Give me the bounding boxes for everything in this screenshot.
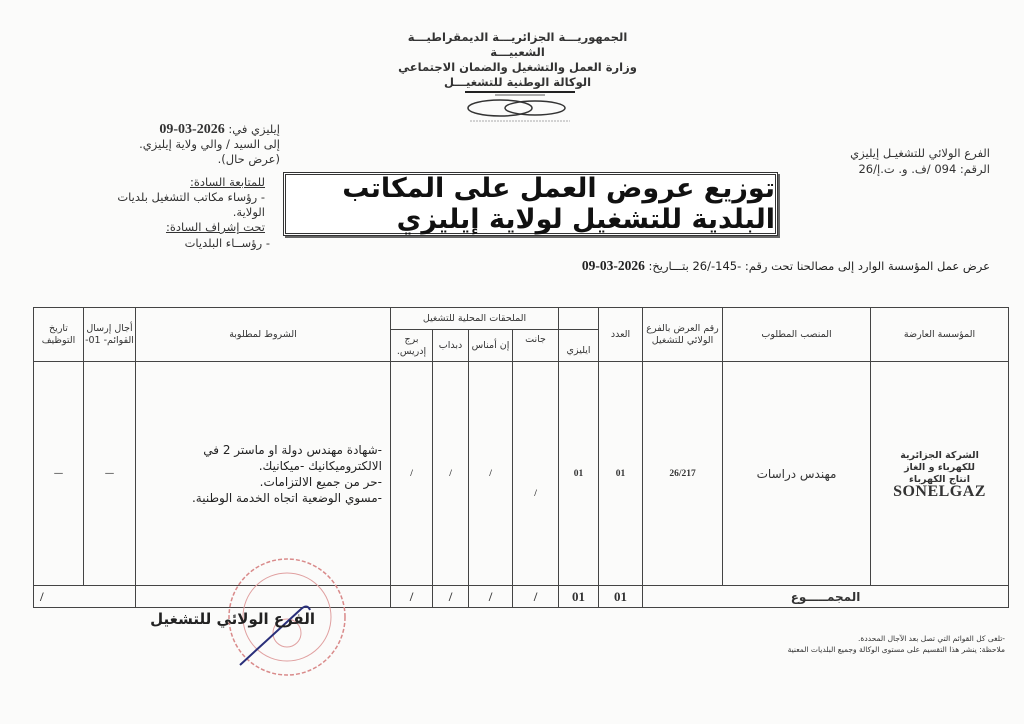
header-offer-number: رقم العرض بالفرع الولائي للتشغيل [643,308,723,362]
total-tail: / [34,586,136,608]
header-conditions: الشروط لمطلوبة [136,308,391,362]
total-illizi: 01 [559,586,599,608]
follow-block: للمتابعة السادة: - رؤساء مكاتب التشغيل ب… [115,175,265,235]
header-hiring-date: تاريخ التوظيف [34,308,84,362]
place-date-prefix: إيليزي في: [228,122,280,136]
company-latin-name: SONELGAZ [871,486,1008,498]
debdeb-cell: / [433,362,469,586]
ministry-name: وزارة العمل والتشغيل والضمان الاجتماعي [380,60,655,75]
branch-name: الفرع الولائي للتشغيـل إيليزي [790,145,990,161]
document-date: 2026-03-09 [159,122,224,137]
hiring-date-cell: — [34,362,84,586]
note-line-1: -تلغى كل القوائم التي تصل بعد الآجال الم… [760,633,1005,644]
header-janet: جانت [513,330,559,362]
offer-date: 2026-03-09 [582,258,645,273]
header-count: العدد [599,308,643,362]
header-position: المنصب المطلوب [723,308,871,362]
table-row: الشركة الجزائرية للكهرباء و الغاز انتاج … [34,362,1009,586]
header-blank [559,308,599,330]
total-label: المجمـــــوع [643,586,1009,608]
total-bordj: / [391,586,433,608]
bordj-cell: / [391,362,433,586]
header-annexes: الملحقات المحلية للتشغيل [391,308,559,330]
illizi-cell: 01 [559,362,599,586]
janet-cell: / [513,362,559,586]
follow-label: للمتابعة السادة: [115,175,265,190]
addressee: إلى السيد / والي ولاية إيليزي. (عرض حال)… [120,137,280,167]
offer-line-text: عرض عمل المؤسسة الوارد إلى مصالحنا تحت ر… [648,259,990,273]
republic-name: الجمهوريـــة الجزائريـــة الديمقراطيـــة… [380,30,655,60]
signature-branch: الفرع الولائي للتشغيل [145,610,315,628]
header-deadline: أجال إرسال القوائم- 01- [84,308,136,362]
document-title: توزيع عروض العمل على المكاتب البلدية للت… [286,173,775,235]
supervision-label: تحت إشراف السادة: [115,220,265,235]
reference-number: الرقم: 094 /ف. و. ت.إ/26 [790,161,990,177]
supervision-item: - رؤســاء البلديات [170,236,270,250]
branch-block: الفرع الولائي للتشغيـل إيليزي الرقم: 094… [790,145,990,177]
count-cell: 01 [599,362,643,586]
notes-block: -تلغى كل القوائم التي تصل بعد الآجال الم… [760,633,1005,655]
conditions-cell: -شهادة مهندس دولة او ماستر 2 في الالكترو… [136,362,391,586]
agency-logo-icon [455,88,585,128]
header-company: المؤسسة العارضة [871,308,1009,362]
document-title-box: توزيع عروض العمل على المكاتب البلدية للت… [283,172,778,236]
date-block: إيليزي في: 2026-03-09 إلى السيد / والي و… [120,122,280,167]
in-amenas-cell: / [469,362,513,586]
header-bordj-idriss: برج إدريس. [391,330,433,362]
total-janet: / [513,586,559,608]
offer-number-cell: 26/217 [643,362,723,586]
note-line-2: ملاحظة: ينشر هذا التقسيم على مستوى الوكا… [760,644,1005,655]
header-in-amenas: إن أمناس [469,330,513,362]
letterhead: الجمهوريـــة الجزائريـــة الديمقراطيـــة… [380,30,655,90]
follow-item: - رؤساء مكاتب التشغيل بلديات الولاية. [115,190,265,220]
deadline-cell: — [84,362,136,586]
offers-table: المؤسسة العارضة المنصب المطلوب رقم العرض… [33,307,1009,608]
total-in-amenas: / [469,586,513,608]
company-cell: الشركة الجزائرية للكهرباء و الغاز انتاج … [871,362,1009,586]
offer-line: عرض عمل المؤسسة الوارد إلى مصالحنا تحت ر… [540,258,990,274]
position-cell: مهندس دراسات [723,362,871,586]
header-illizi: ايليزي [559,330,599,362]
total-debdeb: / [433,586,469,608]
header-debdeb: دبداب [433,330,469,362]
total-row: المجمـــــوع 01 01 / / / / / [34,586,1009,608]
total-count: 01 [599,586,643,608]
